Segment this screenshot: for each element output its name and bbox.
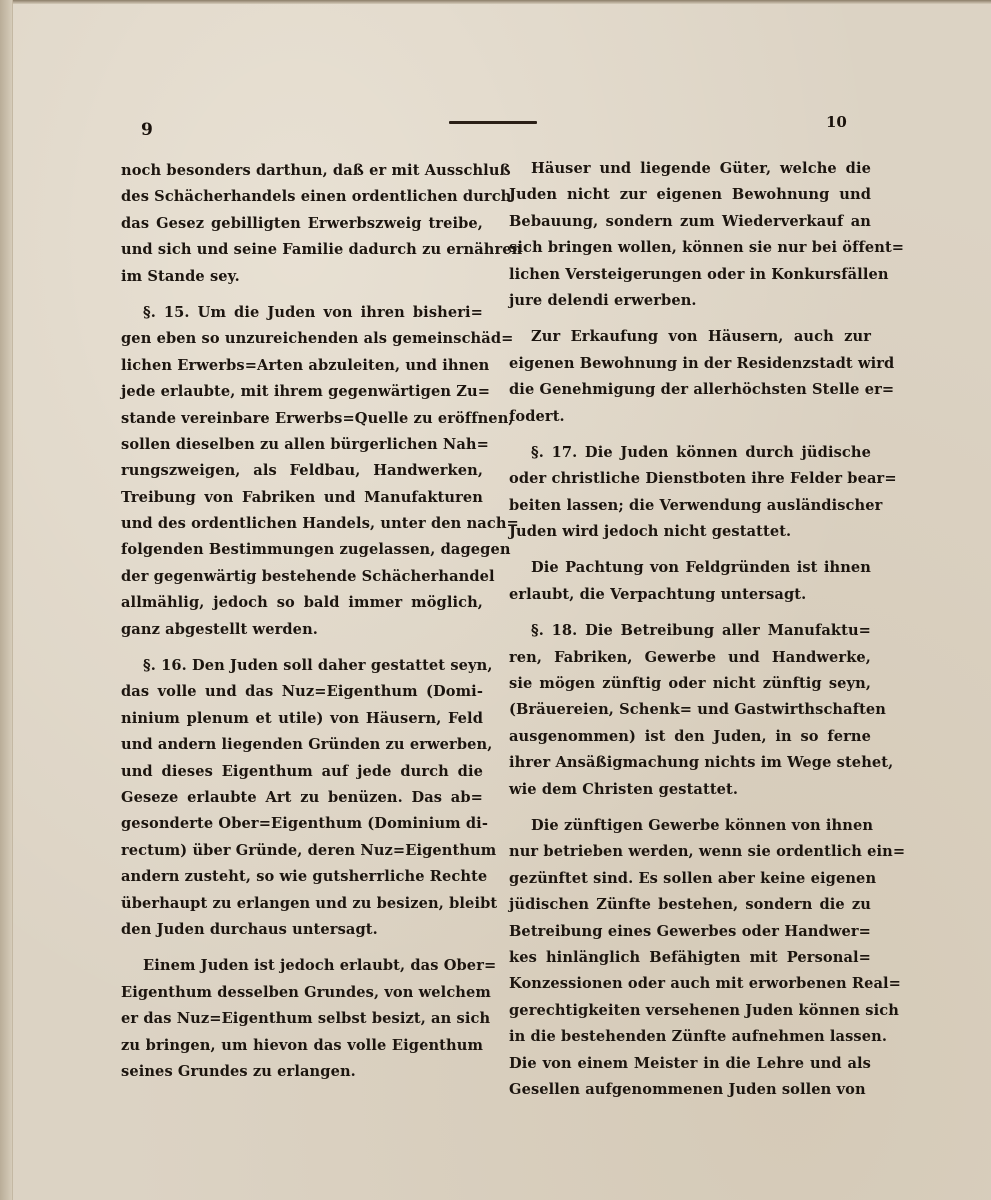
text-line: fodert. xyxy=(509,404,871,430)
header-rule-divider xyxy=(449,121,537,124)
text-line: er das Nuz=Eigenthum selbst besizt, an s… xyxy=(121,1006,483,1032)
text-line: folgenden Bestimmungen zugelassen, dageg… xyxy=(121,537,483,563)
text-line: gesonderte Ober=Eigenthum (Dominium di- xyxy=(121,811,483,837)
text-line: sie mögen zünftig oder nicht zünftig sey… xyxy=(509,671,871,697)
text-line: jede erlaubte, mit ihrem gegenwärtigen Z… xyxy=(121,379,483,405)
text-line: sollen dieselben zu allen bürgerlichen N… xyxy=(121,432,483,458)
text-line: beiten lassen; die Verwendung ausländisc… xyxy=(509,493,871,519)
paragraph: §. 15. Um die Juden von ihren bisheri=ge… xyxy=(121,300,483,643)
text-line: und sich und seine Familie dadurch zu er… xyxy=(121,237,483,263)
text-line: das Gesez gebilligten Erwerbszweig treib… xyxy=(121,211,483,237)
text-line: sich bringen wollen, können sie nur bei … xyxy=(509,235,871,261)
text-line: §. 17. Die Juden können durch jüdische xyxy=(509,440,871,466)
text-line: §. 15. Um die Juden von ihren bisheri= xyxy=(121,300,483,326)
page-gutter-shadow xyxy=(0,0,13,1200)
text-line: in die bestehenden Zünfte aufnehmen lass… xyxy=(509,1024,871,1050)
text-line: Juden nicht zur eigenen Bewohnung und xyxy=(509,182,871,208)
text-line: ihrer Ansäßigmachung nichts im Wege steh… xyxy=(509,750,871,776)
text-line: Juden wird jedoch nicht gestattet. xyxy=(509,519,871,545)
text-line: oder christliche Dienstboten ihre Felder… xyxy=(509,466,871,492)
text-line: rectum) über Gründe, deren Nuz=Eigenthum xyxy=(121,838,483,864)
paragraph: noch besonders darthun, daß er mit Aussc… xyxy=(121,158,483,290)
paragraph: §. 16. Den Juden soll daher gestattet se… xyxy=(121,653,483,943)
text-line: gerechtigkeiten versehenen Juden können … xyxy=(509,998,871,1024)
text-line: lichen Versteigerungen oder in Konkursfä… xyxy=(509,262,871,288)
text-line: §. 16. Den Juden soll daher gestattet se… xyxy=(121,653,483,679)
page-number-left: 9 xyxy=(141,120,153,140)
text-line: gezünftet sind. Es sollen aber keine eig… xyxy=(509,866,871,892)
text-line: und dieses Eigenthum auf jede durch die xyxy=(121,759,483,785)
text-line: erlaubt, die Verpachtung untersagt. xyxy=(509,582,871,608)
text-line: andern zusteht, so wie gutsherrliche Rec… xyxy=(121,864,483,890)
text-line: die Genehmigung der allerhöchsten Stelle… xyxy=(509,377,871,403)
text-line: Einem Juden ist jedoch erlaubt, das Ober… xyxy=(121,953,483,979)
text-line: seines Grundes zu erlangen. xyxy=(121,1059,483,1085)
text-line: Bebauung, sondern zum Wiederverkauf an xyxy=(509,209,871,235)
text-line: Gesellen aufgenommenen Juden sollen von xyxy=(509,1077,871,1103)
text-line: Die Pachtung von Feldgründen ist ihnen xyxy=(509,555,871,581)
scanned-book-spread: 9 10 noch besonders darthun, daß er mit … xyxy=(0,0,991,1200)
text-line: stande vereinbare Erwerbs=Quelle zu eröf… xyxy=(121,406,483,432)
text-line: das volle und das Nuz=Eigenthum (Domi- xyxy=(121,679,483,705)
text-line: ausgenommen) ist den Juden, in so ferne xyxy=(509,724,871,750)
text-line: und des ordentlichen Handels, unter den … xyxy=(121,511,483,537)
text-line: kes hinlänglich Befähigten mit Personal= xyxy=(509,945,871,971)
text-line: jüdischen Zünfte bestehen, sondern die z… xyxy=(509,892,871,918)
text-line: allmählig, jedoch so bald immer möglich, xyxy=(121,590,483,616)
text-line: ren, Fabriken, Gewerbe und Handwerke, xyxy=(509,645,871,671)
text-line: ganz abgestellt werden. xyxy=(121,617,483,643)
text-line: §. 18. Die Betreibung aller Manufaktu= xyxy=(509,618,871,644)
text-line: noch besonders darthun, daß er mit Aussc… xyxy=(121,158,483,184)
text-line: wie dem Christen gestattet. xyxy=(509,777,871,803)
text-line: Konzessionen oder auch mit erworbenen Re… xyxy=(509,971,871,997)
paragraph: §. 17. Die Juden können durch jüdischeod… xyxy=(509,440,871,546)
text-line: (Bräuereien, Schenk= und Gastwirthschaft… xyxy=(509,697,871,723)
page-top-edge xyxy=(0,0,991,4)
text-line: Betreibung eines Gewerbes oder Handwer= xyxy=(509,919,871,945)
text-line: ninium plenum et utile) von Häusern, Fel… xyxy=(121,706,483,732)
text-line: zu bringen, um hievon das volle Eigenthu… xyxy=(121,1033,483,1059)
text-line: Häuser und liegende Güter, welche die xyxy=(509,156,871,182)
text-line: im Stande sey. xyxy=(121,264,483,290)
text-line: Die zünftigen Gewerbe können von ihnen xyxy=(509,813,871,839)
page-number-right: 10 xyxy=(826,113,847,131)
text-line: den Juden durchaus untersagt. xyxy=(121,917,483,943)
text-line: jure delendi erwerben. xyxy=(509,288,871,314)
text-line: des Schächerhandels einen ordentlichen d… xyxy=(121,184,483,210)
text-line: Geseze erlaubte Art zu benüzen. Das ab= xyxy=(121,785,483,811)
left-text-column: noch besonders darthun, daß er mit Aussc… xyxy=(121,158,483,1095)
paragraph: Einem Juden ist jedoch erlaubt, das Ober… xyxy=(121,953,483,1085)
text-line: Zur Erkaufung von Häusern, auch zur xyxy=(509,324,871,350)
text-line: gen eben so unzureichenden als gemeinsch… xyxy=(121,326,483,352)
text-line: Die von einem Meister in die Lehre und a… xyxy=(509,1051,871,1077)
text-line: überhaupt zu erlangen und zu besizen, bl… xyxy=(121,891,483,917)
paragraph: §. 18. Die Betreibung aller Manufaktu=re… xyxy=(509,618,871,803)
paragraph: Zur Erkaufung von Häusern, auch zureigen… xyxy=(509,324,871,430)
paragraph: Die zünftigen Gewerbe können von ihnennu… xyxy=(509,813,871,1103)
text-line: der gegenwärtig bestehende Schächerhande… xyxy=(121,564,483,590)
right-text-column: Häuser und liegende Güter, welche dieJud… xyxy=(509,156,871,1113)
text-line: nur betrieben werden, wenn sie ordentlic… xyxy=(509,839,871,865)
text-line: Eigenthum desselben Grundes, von welchem xyxy=(121,980,483,1006)
text-line: eigenen Bewohnung in der Residenzstadt w… xyxy=(509,351,871,377)
text-line: lichen Erwerbs=Arten abzuleiten, und ihn… xyxy=(121,353,483,379)
paragraph: Häuser und liegende Güter, welche dieJud… xyxy=(509,156,871,314)
paragraph: Die Pachtung von Feldgründen ist ihnener… xyxy=(509,555,871,608)
text-line: und andern liegenden Gründen zu erwerben… xyxy=(121,732,483,758)
text-line: Treibung von Fabriken und Manufakturen xyxy=(121,485,483,511)
text-line: rungszweigen, als Feldbau, Handwerken, xyxy=(121,458,483,484)
